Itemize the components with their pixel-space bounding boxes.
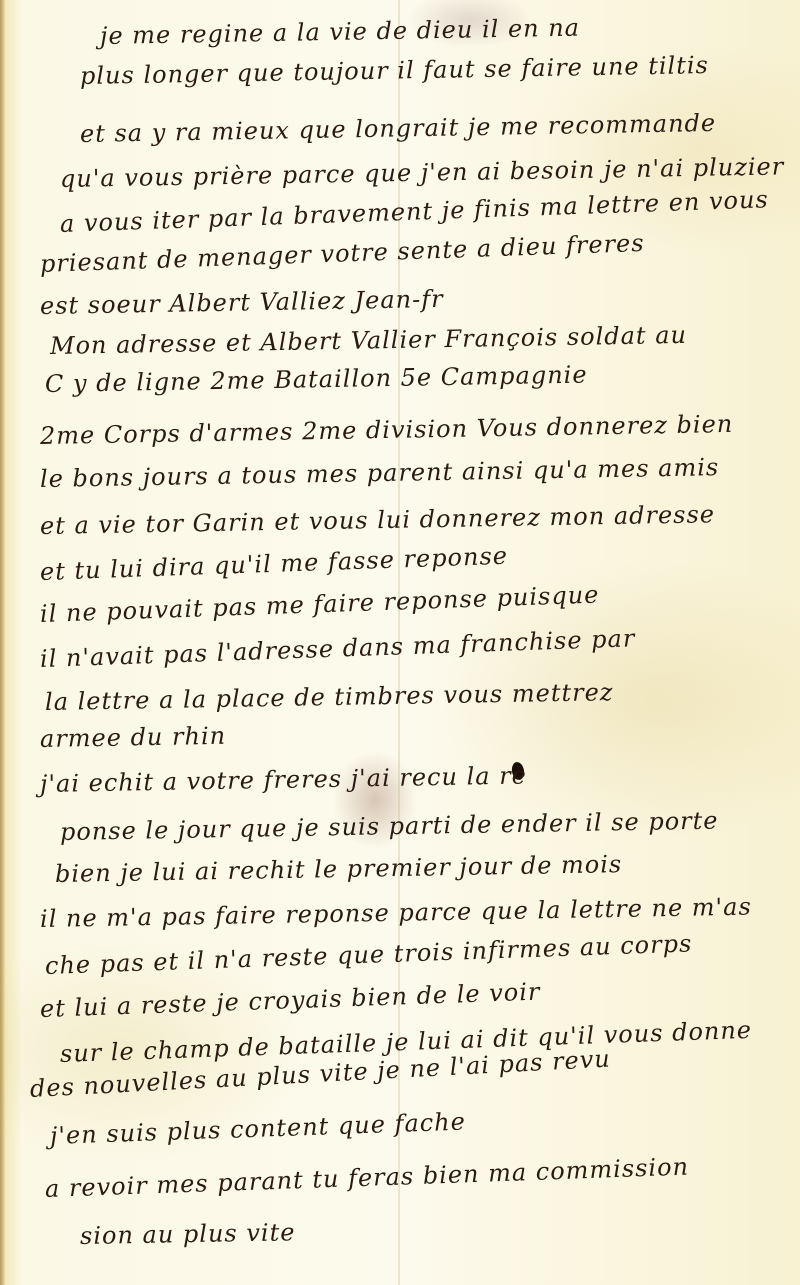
- handwritten-line: Mon adresse et Albert Vallier François s…: [50, 321, 687, 360]
- handwritten-line: est soeur Albert Valliez Jean-fr: [40, 285, 444, 320]
- handwritten-line: j'ai echit a votre freres j'ai recu la r…: [40, 762, 527, 798]
- handwritten-line: a revoir mes parant tu feras bien ma com…: [45, 1153, 690, 1203]
- paper-edge: [0, 0, 5, 1285]
- handwritten-line: C y de ligne 2me Bataillon 5e Campagnie: [45, 361, 588, 398]
- handwritten-line: et sa y ra mieux que longrait je me reco…: [80, 109, 717, 148]
- handwritten-line: il n'avait pas l'adresse dans ma franchi…: [40, 624, 636, 673]
- handwritten-line: et a vie tor Garin et vous lui donnerez …: [40, 500, 715, 540]
- handwritten-line: j'en suis plus content que fache: [50, 1107, 467, 1150]
- handwritten-line: et lui a reste je croyais bien de le voi…: [40, 978, 541, 1023]
- handwritten-line: il ne m'a pas faire reponse parce que la…: [40, 893, 752, 933]
- handwritten-line: priesant de menager votre sente a dieu f…: [40, 229, 645, 278]
- handwritten-line: le bons jours a tous mes parent ainsi qu…: [40, 453, 720, 493]
- handwritten-line: je me regine a la vie de dieu il en na: [100, 14, 580, 50]
- handwritten-line: qu'a vous prière parce que j'en ai besoi…: [60, 152, 785, 193]
- handwritten-line: bien je lui ai rechit le premier jour de…: [55, 850, 623, 888]
- handwritten-line: la lettre a la place de timbres vous met…: [45, 678, 614, 716]
- handwritten-line: sion au plus vite: [80, 1218, 296, 1250]
- handwritten-line: armee du rhin: [40, 722, 227, 753]
- handwritten-line: il ne pouvait pas me faire reponse puisq…: [40, 580, 600, 628]
- handwritten-line: plus longer que toujour il faut se faire…: [80, 51, 709, 90]
- handwritten-line: et tu lui dira qu'il me fasse reponse: [40, 542, 509, 586]
- handwritten-line: 2me Corps d'armes 2me division Vous donn…: [40, 410, 734, 450]
- handwritten-line: ponse le jour que je suis parti de ender…: [60, 807, 719, 846]
- handwritten-line: che pas et il n'a reste que trois infirm…: [45, 929, 693, 980]
- letter-page: je me regine a la vie de dieu il en napl…: [0, 0, 800, 1285]
- handwritten-line: a vous iter par la bravement je finis ma…: [60, 185, 770, 238]
